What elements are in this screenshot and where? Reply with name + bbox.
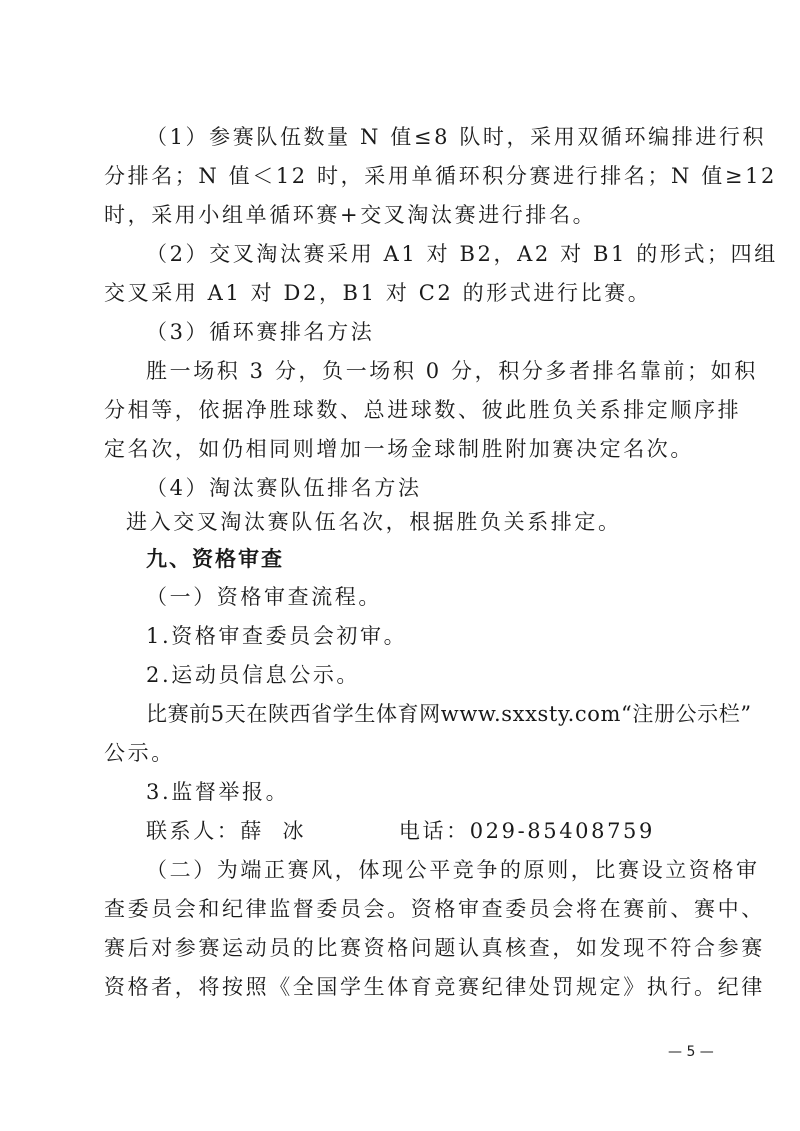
paragraph-line: 资格者，将按照《全国学生体育竞赛纪律处罚规定》执行。纪律 (104, 973, 714, 1001)
subheading-line: （4）淘汰赛队伍排名方法 (146, 474, 714, 502)
paragraph-line: 胜一场积 3 分，负一场积 0 分，积分多者排名靠前；如积 (146, 357, 714, 385)
subheading-line: （3）循环赛排名方法 (146, 318, 714, 346)
paragraph-line: 时，采用小组单循环赛+交叉淘汰赛进行排名。 (104, 201, 714, 229)
paragraph-line: 分相等，依据净胜球数、总进球数、彼此胜负关系排定顺序排 (104, 396, 714, 424)
list-item: 2.运动员信息公示。 (146, 661, 714, 689)
page-number: — 5 — (668, 1044, 714, 1060)
paragraph-line: 进入交叉淘汰赛队伍名次，根据胜负关系排定。 (126, 508, 736, 536)
paragraph-line: （二）为端正赛风，体现公平竞争的原则，比赛设立资格审 (146, 856, 714, 884)
section-heading: 九、资格审查 (146, 545, 756, 573)
paragraph-line: 比赛前5天在陕西省学生体育网www.sxxsty.com“注册公示栏” (146, 700, 714, 728)
paragraph-line: （1）参赛队伍数量 N 值≤8 队时，采用双循环编排进行积 (146, 123, 714, 151)
document-page: （1）参赛队伍数量 N 值≤8 队时，采用双循环编排进行积 分排名；N 值＜12… (0, 0, 800, 1131)
paragraph-line: 定名次，如仍相同则增加一场金球制胜附加赛决定名次。 (104, 435, 714, 463)
paragraph-line: 分排名；N 值＜12 时，采用单循环积分赛进行排名；N 值≥12 (104, 162, 714, 190)
paragraph-line: 交叉采用 A1 对 D2，B1 对 C2 的形式进行比赛。 (104, 279, 714, 307)
contact-line: 联系人：薛 冰 电话：029-85408759 (146, 817, 714, 845)
paragraph-line: 赛后对参赛运动员的比赛资格问题认真核查，如发现不符合参赛 (104, 934, 714, 962)
paragraph-line: 公示。 (104, 739, 714, 767)
list-item: 3.监督举报。 (146, 778, 714, 806)
subheading-line: （一）资格审查流程。 (146, 583, 714, 611)
paragraph-line: （2）交叉淘汰赛采用 A1 对 B2，A2 对 B1 的形式；四组 (146, 240, 714, 268)
paragraph-line: 查委员会和纪律监督委员会。资格审查委员会将在赛前、赛中、 (104, 895, 714, 923)
list-item: 1.资格审查委员会初审。 (146, 622, 714, 650)
